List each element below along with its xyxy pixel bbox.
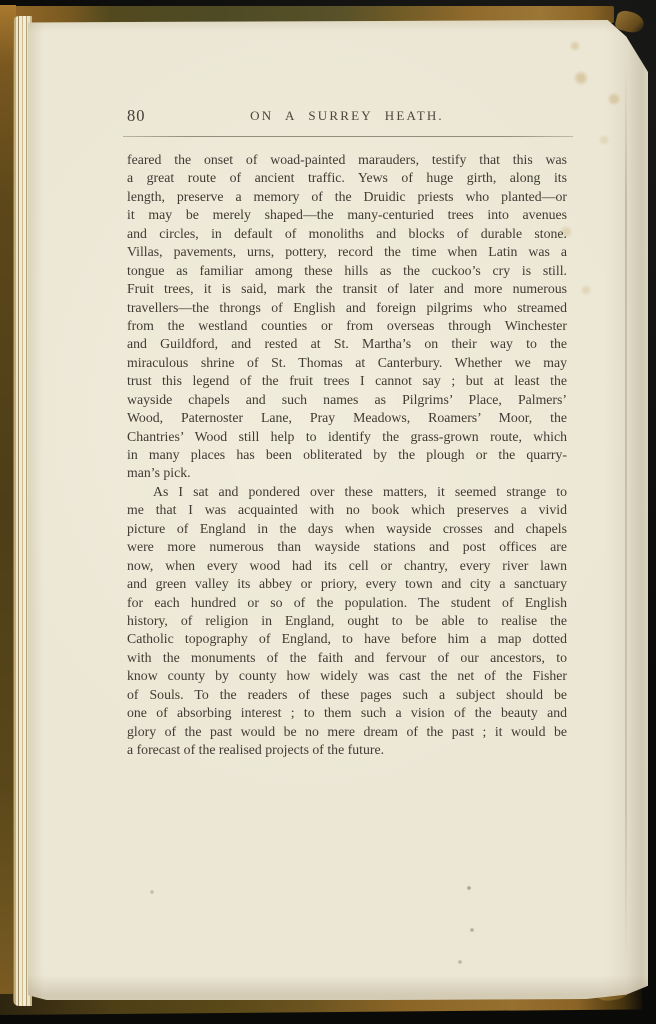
text-line: and green valley its abbey or priory, ev…: [127, 575, 567, 593]
text-line: were more numerous than wayside stations…: [127, 538, 567, 556]
text-line: with the monuments of the faith and ferv…: [127, 649, 567, 667]
text-line: now, when every wood had its cell or cha…: [127, 557, 567, 575]
text-line: for each hundred or so of the population…: [127, 594, 567, 612]
text-line: it may be merely shaped—the many-centuri…: [127, 206, 567, 224]
text-line: history, of religion in England, ought t…: [127, 612, 567, 630]
text-line: travellers—the throngs of English and fo…: [127, 299, 567, 317]
text-line: Chantries’ Wood still help to identify t…: [127, 428, 567, 446]
text-line: and Guildford, and rested at St. Martha’…: [127, 335, 567, 353]
book-page: 80 ON A SURREY HEATH. feared the onset o…: [28, 20, 648, 1000]
text-line: from the westland counties or from overs…: [127, 317, 567, 335]
text-line: of Souls. To the readers of these pages …: [127, 686, 567, 704]
text-line: tongue as familiar among these hills as …: [127, 262, 567, 280]
text-line: a forecast of the realised projects of t…: [127, 741, 567, 759]
text-line: glory of the past would be no mere dream…: [127, 723, 567, 741]
text-line: in many places has been obliterated by t…: [127, 446, 567, 464]
text-line: Fruit trees, it is said, mark the transi…: [127, 280, 567, 298]
text-line: As I sat and pondered over these matters…: [127, 483, 567, 501]
text-line: miraculous shrine of St. Thomas at Cante…: [127, 354, 567, 372]
text-line: know county by county how widely was cas…: [127, 667, 567, 685]
text-line: one of absorbing interest ; to them such…: [127, 704, 567, 722]
text-line: trust this legend of the fruit trees I c…: [127, 372, 567, 390]
header-rule: [123, 136, 573, 137]
text-line: length, preserve a memory of the Druidic…: [127, 188, 567, 206]
text-line: Villas, pavements, urns, pottery, record…: [127, 243, 567, 261]
text-line: Catholic topography of England, to have …: [127, 630, 567, 648]
text-line: Wood, Paternoster Lane, Pray Meadows, Ro…: [127, 409, 567, 427]
text-block: feared the onset of woad-painted maraude…: [127, 151, 567, 759]
page-header: 80 ON A SURREY HEATH.: [127, 106, 567, 126]
running-title: ON A SURREY HEATH.: [127, 108, 567, 124]
text-line: me that I was acquainted with no book wh…: [127, 501, 567, 519]
text-line: man’s pick.: [127, 464, 567, 482]
book-scan-backdrop: 80 ON A SURREY HEATH. feared the onset o…: [0, 0, 656, 1024]
page-crease: [625, 65, 627, 965]
text-line: wayside chapels and such names as Pilgri…: [127, 391, 567, 409]
text-line: picture of England in the days when ways…: [127, 520, 567, 538]
text-line: feared the onset of woad-painted maraude…: [127, 151, 567, 169]
text-line: a great route of ancient traffic. Yews o…: [127, 169, 567, 187]
text-line: and circles, in default of monoliths and…: [127, 225, 567, 243]
